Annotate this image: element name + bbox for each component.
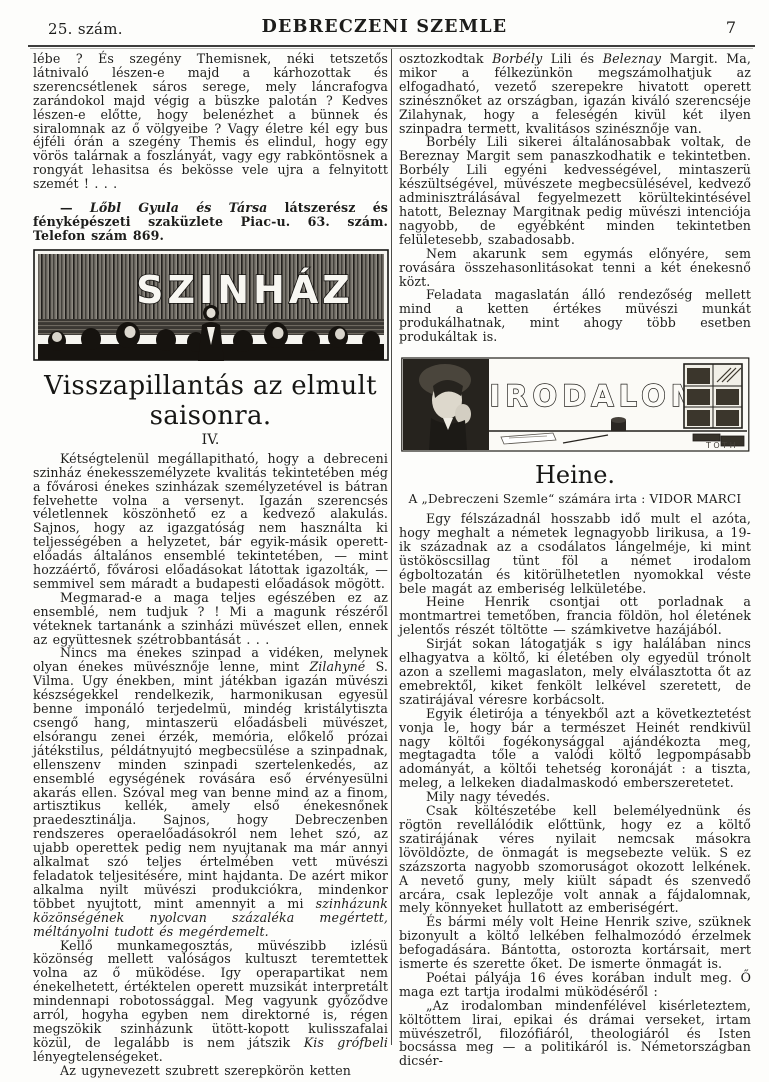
article-title: Visszapillantás az elmult saisonra. xyxy=(33,371,388,431)
emphasized-text: Beleznay xyxy=(603,51,661,66)
paragraph: És bármi mély volt Heine Henrik szive, s… xyxy=(399,915,751,971)
bookshelf xyxy=(684,364,742,428)
paragraph: lébe ? És szegény Themisnek, néki tetsze… xyxy=(33,52,388,191)
paragraph: Sirját sokan látogatják s igy halálában … xyxy=(399,637,751,707)
theater-banner-illustration: SZINHÁZ xyxy=(33,249,389,361)
section-number: IV. xyxy=(33,432,388,448)
heine-byline: A „Debreczeni Szemle“ számára irta : VID… xyxy=(399,492,751,506)
body-text: Sirját sokan látogatják s igy halálában … xyxy=(399,636,751,707)
body-text: Egyik életirója a tényekből azt a követk… xyxy=(399,706,751,791)
body-text: lébe ? És szegény Themisnek, néki tetsze… xyxy=(33,51,388,191)
body-text: S. Vilma. Ugy énekben, mint játékban iga… xyxy=(33,659,388,910)
paragraph: Egyik életirója a tényekből azt a követk… xyxy=(399,707,751,790)
masthead-title: DEBRECZENI SZEMLE xyxy=(0,17,769,37)
body-text: Feladata magaslatán álló rendezőség mell… xyxy=(399,287,751,344)
body-text: osztozkodtak xyxy=(399,51,492,66)
paragraph: Borbély Lili sikerei általánosabbak volt… xyxy=(399,135,751,246)
body-text: Kellő munkamegosztás, müvészibb izlésü k… xyxy=(33,938,388,1050)
body-text: Nem akarunk sem egymás előnyére, sem rov… xyxy=(399,246,751,289)
paragraph: Megmarad-e a maga teljes egészében ez az… xyxy=(33,591,388,647)
paragraph: Kellő munkamegosztás, müvészibb izlésü k… xyxy=(33,939,388,1064)
body-text: lényegtelenségeket. xyxy=(33,1049,163,1064)
paragraph: Nem akarunk sem egymás előnyére, sem rov… xyxy=(399,247,751,289)
continuation-text: lébe ? És szegény Themisnek, néki tetsze… xyxy=(33,52,388,243)
left-column: lébe ? És szegény Themisnek, néki tetsze… xyxy=(33,52,388,1078)
paragraph: Heine Henrik csontjai ott porladnak a mo… xyxy=(399,595,751,637)
paragraph: Kétségtelenül megállapitható, hogy a deb… xyxy=(33,452,388,591)
writer-figure xyxy=(403,359,489,450)
illustrator-signature: TÓTH xyxy=(705,439,738,450)
body-text: Heine Henrik csontjai ott porladnak a mo… xyxy=(399,594,751,637)
literature-banner-label: IRODALOM xyxy=(489,379,704,413)
page-number: 7 xyxy=(726,18,736,37)
heine-article-body: Egy félszázadnál hosszabb idő mult el az… xyxy=(399,512,751,1068)
article-body-left: Kétségtelenül megállapitható, hogy a deb… xyxy=(33,452,388,1078)
body-text: Kétségtelenül megállapitható, hogy a deb… xyxy=(33,451,388,591)
theater-banner-label: SZINHÁZ xyxy=(136,268,354,312)
emphasized-text: Borbély xyxy=(492,51,542,66)
column-divider xyxy=(391,49,392,1045)
paragraph: Az ugynevezett szubrett szerepkörön kett… xyxy=(33,1064,388,1078)
emphasized-text: Kis grófbeli xyxy=(304,1035,388,1050)
emphasized-text: Zilahyné xyxy=(309,659,365,674)
article-body-right: osztozkodtak Borbély Lili és Beleznay Ma… xyxy=(399,52,751,344)
body-text: Egy félszázadnál hosszabb idő mult el az… xyxy=(399,511,751,596)
body-text: — xyxy=(60,200,90,215)
body-text: Mily nagy tévedés. xyxy=(426,789,550,804)
heine-article-title: Heine. xyxy=(399,461,751,489)
header-rule xyxy=(28,45,755,47)
body-text: Lili és xyxy=(542,51,602,66)
body-text: És bármi mély volt Heine Henrik szive, s… xyxy=(399,914,751,971)
paragraph: Mily nagy tévedés. xyxy=(399,790,751,804)
body-text: Megmarad-e a maga teljes egészében ez az… xyxy=(33,590,388,647)
body-text: Borbély Lili sikerei általánosabbak volt… xyxy=(399,134,751,246)
literature-banner-illustration: IRODALOM xyxy=(401,356,750,453)
body-text: Az ugynevezett szubrett szerepkörön kett… xyxy=(60,1063,351,1078)
paragraph: Poétai pályája 16 éves korában indult me… xyxy=(399,971,751,999)
paragraph: Csak költészetébe kell belemélyednünk és… xyxy=(399,804,751,915)
newspaper-page: 25. szám. DEBRECZENI SZEMLE 7 lébe ? És … xyxy=(0,0,769,1082)
body-text: „Az irodalomban mindenfélével kisérletez… xyxy=(399,998,751,1069)
emphasized-text: Lőbl Gyula és Társa xyxy=(90,200,268,215)
right-column: osztozkodtak Borbély Lili és Beleznay Ma… xyxy=(399,52,751,1068)
paragraph: Nincs ma énekes szinpad a vidéken, melyn… xyxy=(33,646,388,938)
body-text: Csak költészetébe kell belemélyednünk és… xyxy=(399,803,751,915)
paragraph: Egy félszázadnál hosszabb idő mult el az… xyxy=(399,512,751,595)
paragraph: Feladata magaslatán álló rendezőség mell… xyxy=(399,288,751,344)
paragraph: — Lőbl Gyula és Társa látszerész és fény… xyxy=(33,201,388,243)
body-text: Poétai pályája 16 éves korában indult me… xyxy=(399,970,751,999)
paragraph: „Az irodalomban mindenfélével kisérletez… xyxy=(399,999,751,1069)
paragraph: osztozkodtak Borbély Lili és Beleznay Ma… xyxy=(399,52,751,135)
